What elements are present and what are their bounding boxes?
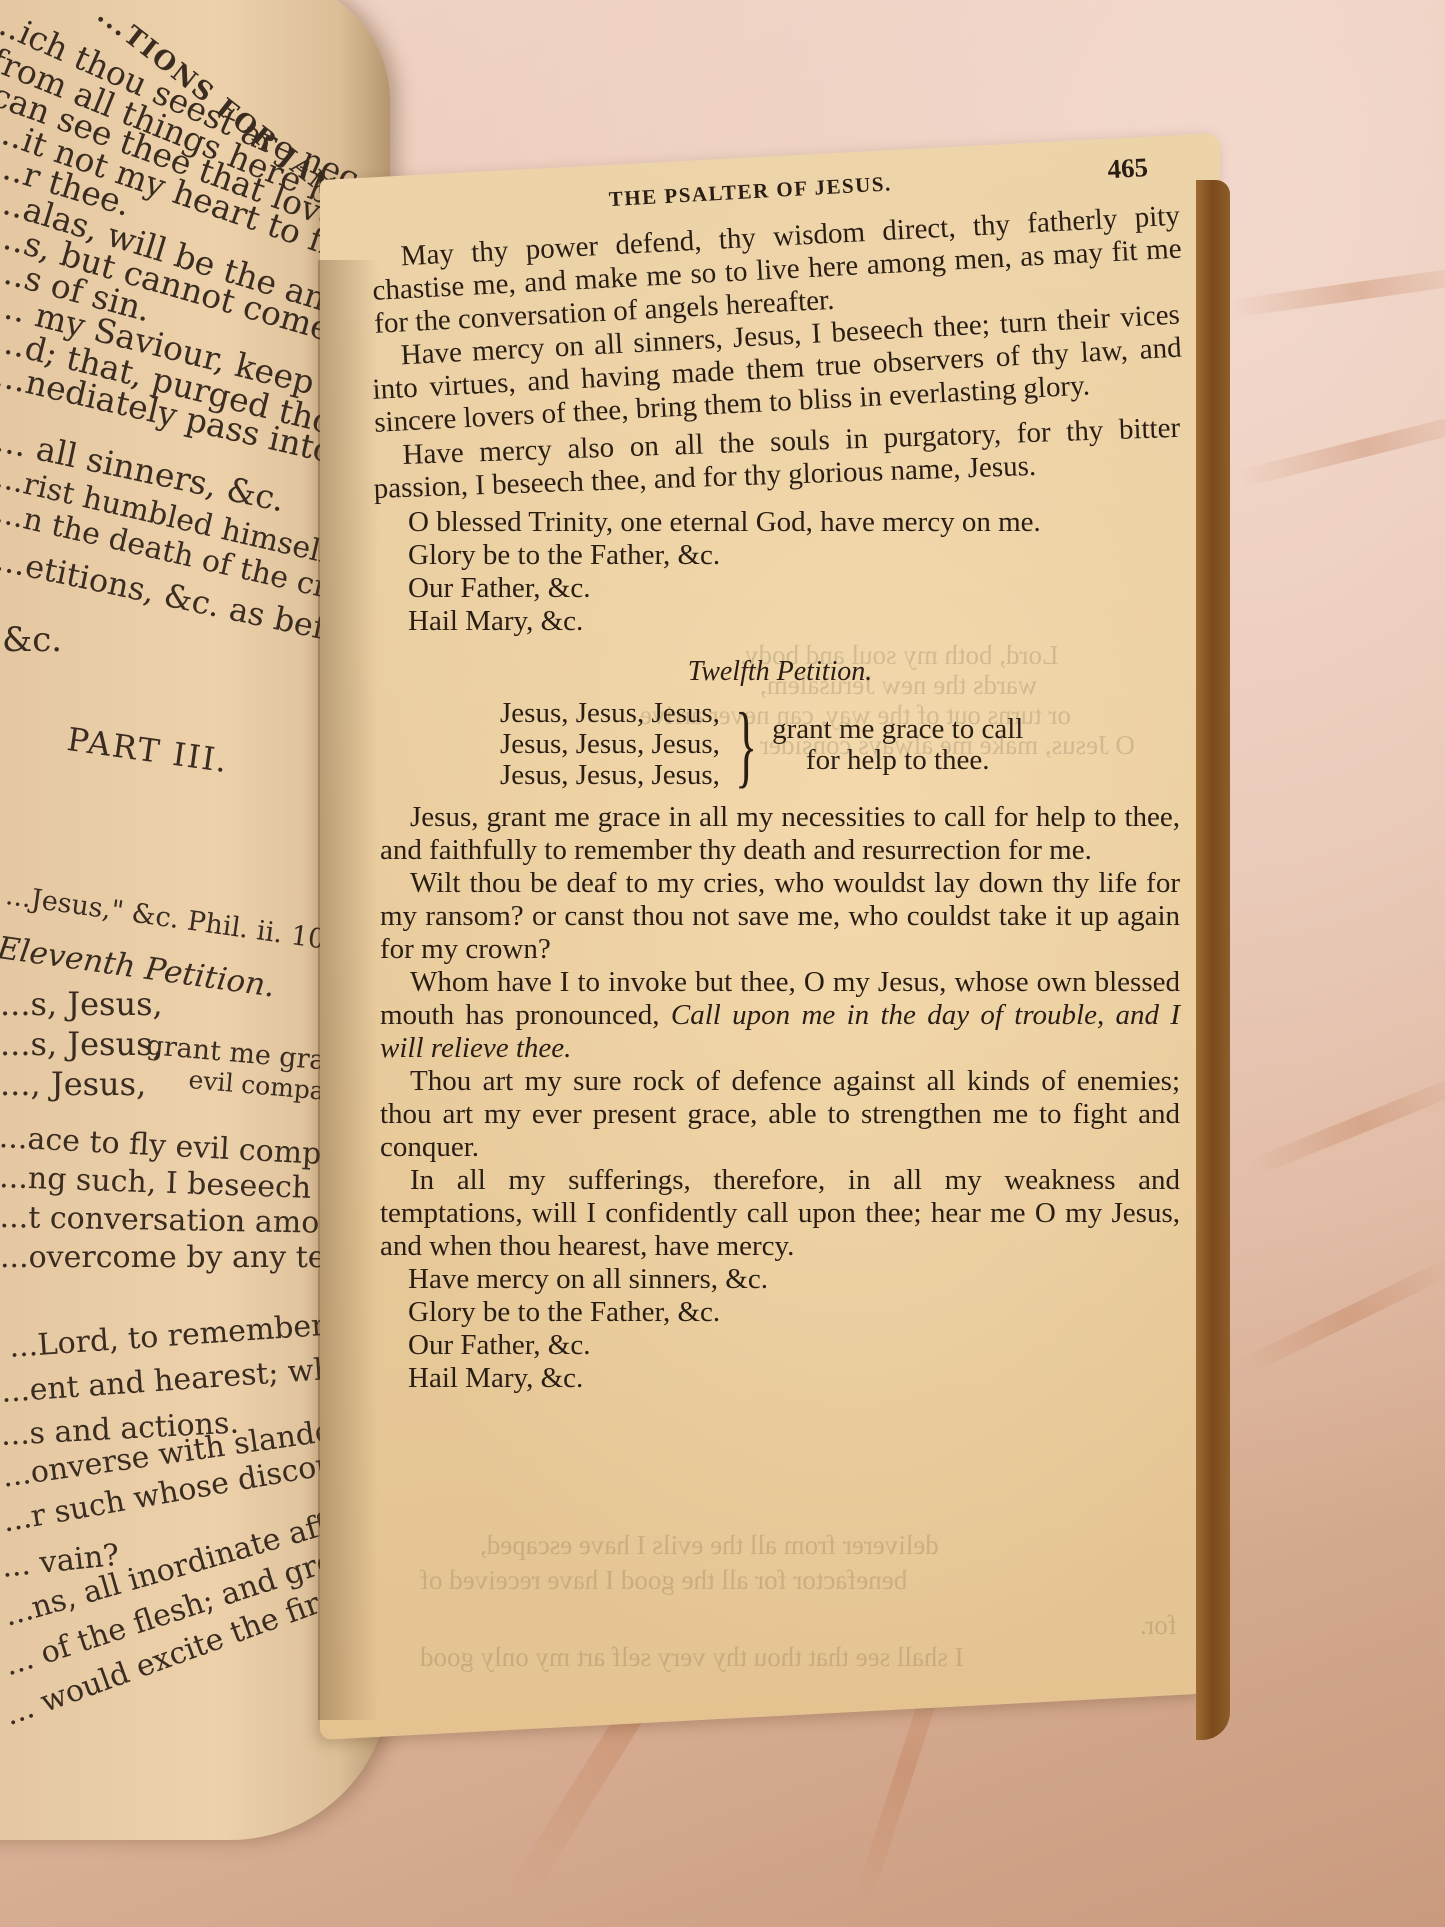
paragraph: Jesus, grant me grace in all my necessit… (380, 801, 1180, 867)
prayer-line: Our Father, &c. (408, 572, 1180, 605)
prayer-line: Hail Mary, &c. (408, 605, 1180, 638)
bleed-through-text: for. (1140, 1610, 1177, 1641)
gutter-shadow (318, 260, 378, 1720)
page-number: 465 (1107, 152, 1149, 185)
page-block-edge (1196, 180, 1230, 1740)
litany-response: grant me grace to call for help to thee. (772, 714, 1023, 776)
cloth-fold (1238, 407, 1445, 487)
bleed-through-text: benefactor for all the good I have recei… (420, 1565, 907, 1596)
brace-icon: } (735, 705, 757, 785)
prayer-line: Have mercy on all sinners, &c. (408, 1263, 1180, 1296)
paragraph: Whom have I to invoke but thee, O my Jes… (380, 966, 1180, 1065)
litany-line: Jesus, Jesus, Jesus, (500, 760, 720, 791)
prayer-line: O blessed Trinity, one eternal God, have… (408, 506, 1180, 539)
prayer-line: Glory be to the Father, &c. (408, 539, 1180, 572)
part-heading: PART III. (65, 720, 232, 780)
litany-line: Jesus, Jesus, Jesus, (500, 729, 720, 760)
paragraph: In all my sufferings, therefore, in all … (380, 1164, 1180, 1263)
left-litany-line: ...s, Jesus, (0, 985, 163, 1023)
prayer-line: Hail Mary, &c. (408, 1362, 1180, 1395)
litany-response-line: for help to thee. (772, 745, 1023, 776)
left-text-line: &c. (2, 620, 62, 660)
litany-block: Jesus, Jesus, Jesus, Jesus, Jesus, Jesus… (500, 698, 1180, 791)
prayer-line: Glory be to the Father, &c. (408, 1296, 1180, 1329)
bleed-through-text: deliverer from all the evils I have esca… (480, 1530, 939, 1561)
cloth-fold (1236, 1256, 1445, 1377)
left-litany-line: ...s, Jesus, (0, 1025, 163, 1063)
cloth-fold (1247, 1071, 1445, 1178)
right-page-content: THE PSALTER OF JESUS. 465 May thy power … (380, 195, 1180, 1395)
litany-response-line: grant me grace to call (772, 714, 1023, 745)
twelfth-petition-title: Twelfth Petition. (380, 656, 1180, 688)
litany-invocations: Jesus, Jesus, Jesus, Jesus, Jesus, Jesus… (500, 698, 720, 791)
litany-line: Jesus, Jesus, Jesus, (500, 698, 720, 729)
bleed-through-text: I shall see that thou thy very self art … (420, 1642, 964, 1673)
left-litany-line: ..., Jesus, (0, 1065, 146, 1103)
cloth-fold (1229, 264, 1445, 318)
paragraph: Thou art my sure rock of defence against… (380, 1065, 1180, 1164)
paragraph: Wilt thou be deaf to my cries, who would… (380, 867, 1180, 966)
prayer-line: Our Father, &c. (408, 1329, 1180, 1362)
